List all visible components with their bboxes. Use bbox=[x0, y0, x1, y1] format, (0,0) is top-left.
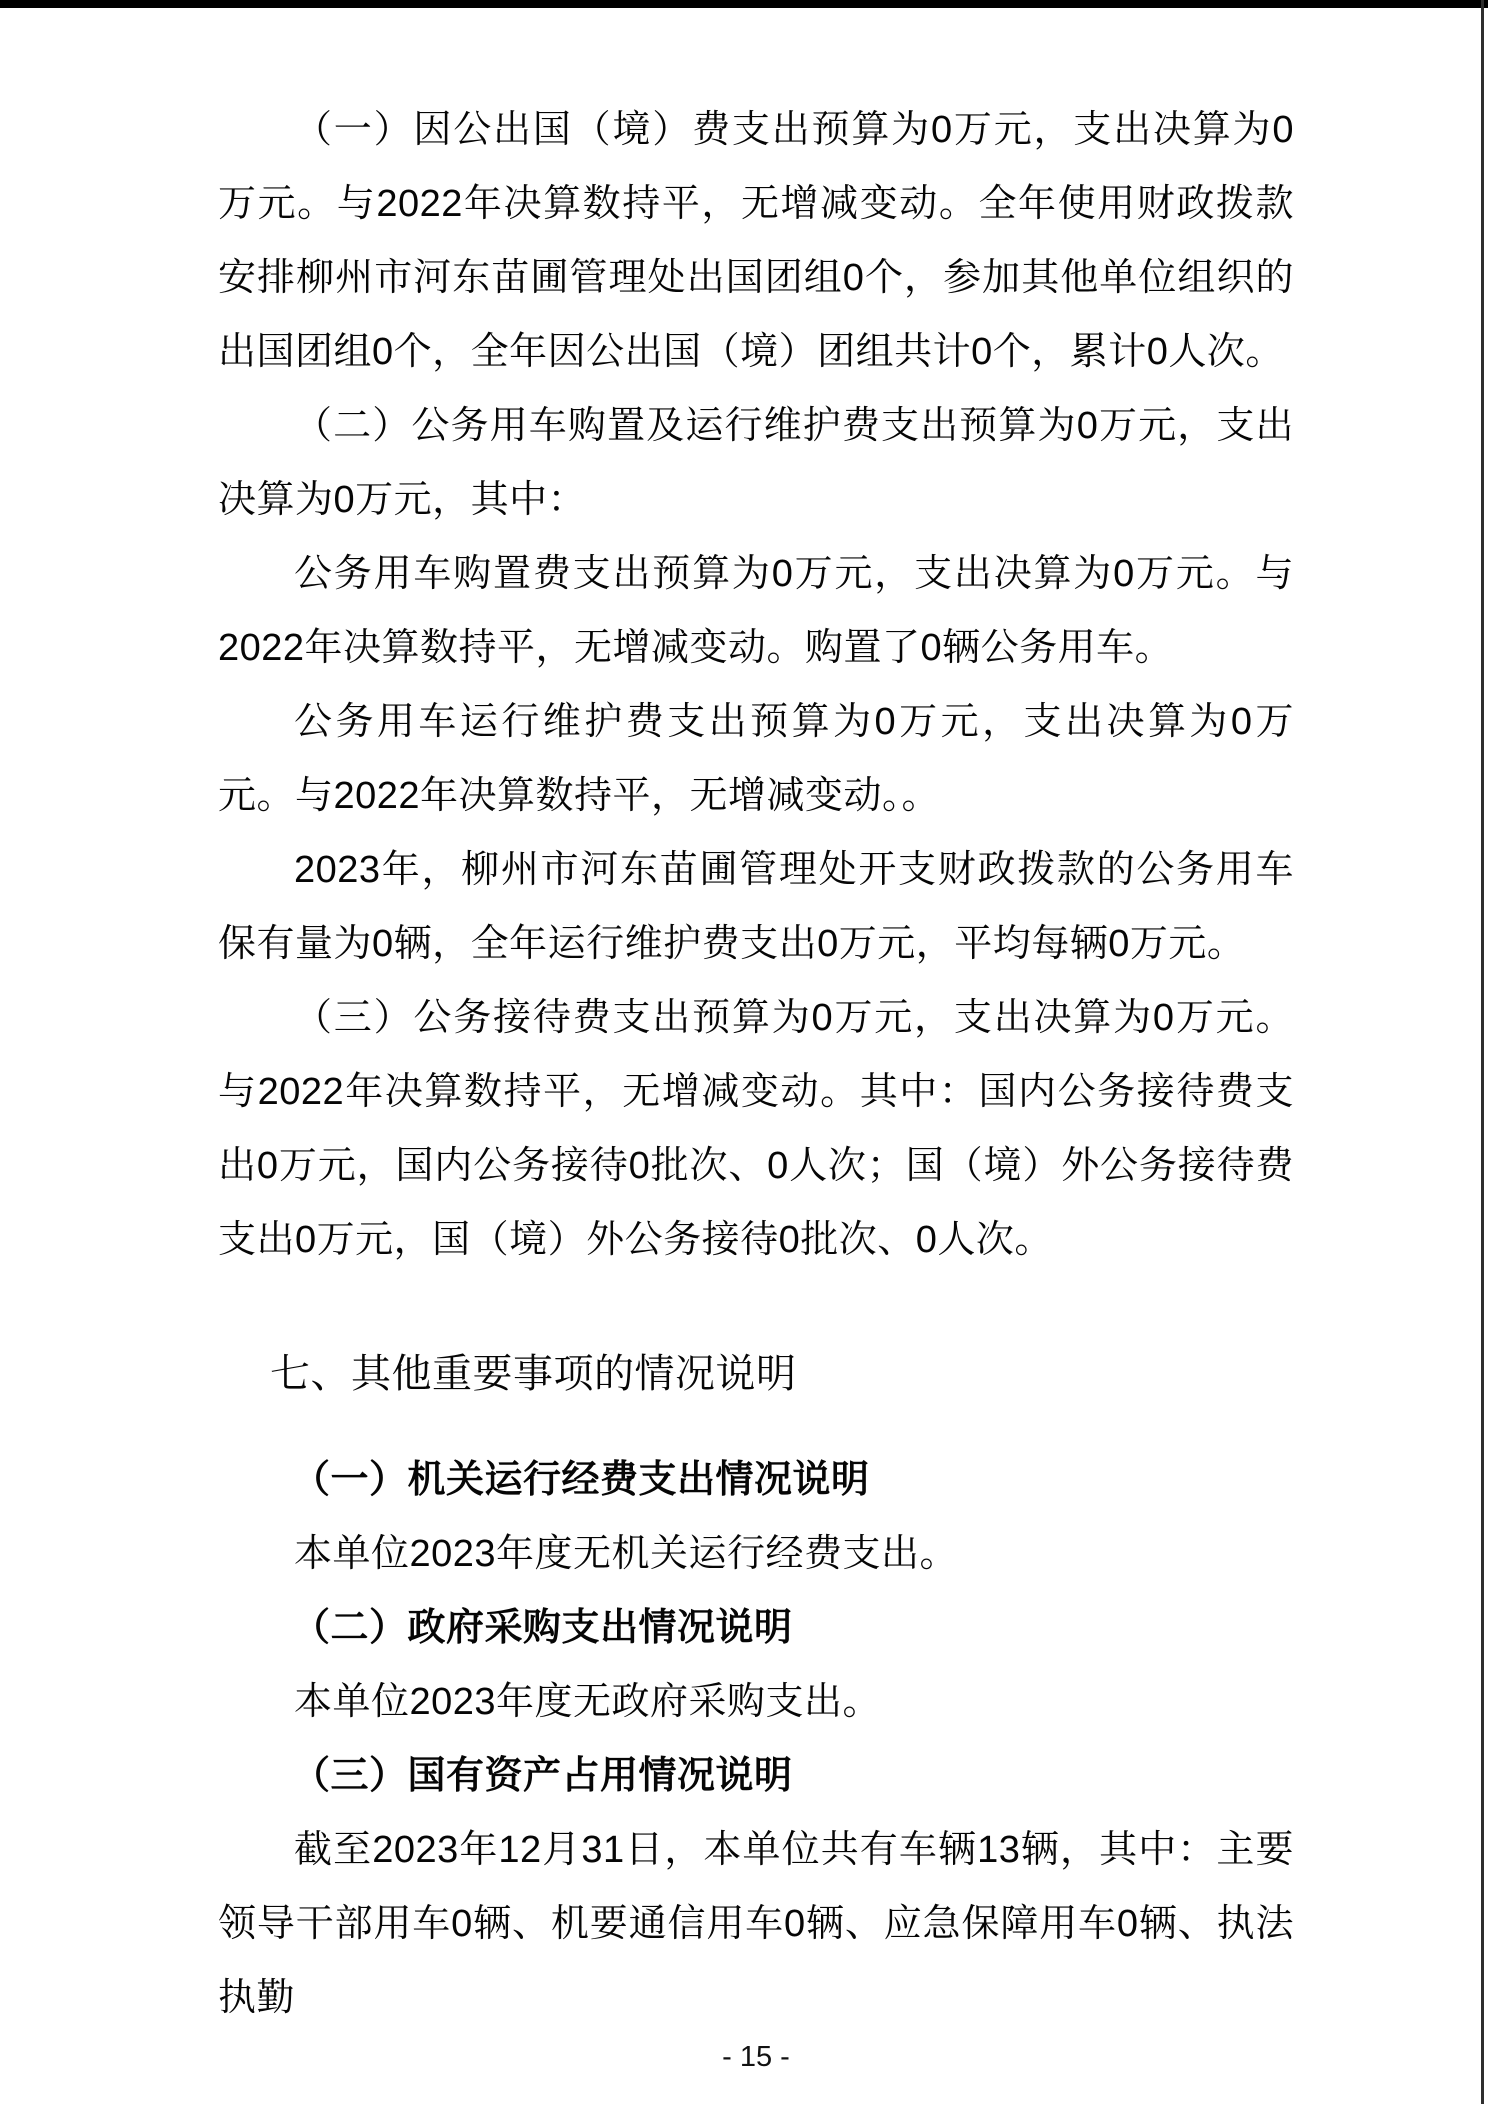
paragraph-vehicle-maintenance: 公务用车运行维护费支出预算为0万元，支出决算为0万元。与2022年决算数持平，无… bbox=[218, 685, 1294, 833]
paragraph-vehicle-total: （二）公务用车购置及运行维护费支出预算为0万元，支出决算为0万元，其中： bbox=[218, 389, 1294, 537]
paragraph-procurement: 本单位2023年度无政府采购支出。 bbox=[218, 1665, 1294, 1739]
document-body: （一）因公出国（境）费支出预算为0万元，支出决算为0万元。与2022年决算数持平… bbox=[218, 93, 1294, 2035]
subsection-heading-state-assets: （三）国有资产占用情况说明 bbox=[218, 1739, 1294, 1813]
paragraph-vehicle-purchase: 公务用车购置费支出预算为0万元，支出决算为0万元。与2022年决算数持平，无增减… bbox=[218, 537, 1294, 685]
scan-edge-right bbox=[1481, 0, 1484, 2104]
page-number: - 15 - bbox=[218, 2040, 1294, 2074]
paragraph-vehicle-holdings: 2023年，柳州市河东苗圃管理处开支财政拨款的公务用车保有量为0辆，全年运行维护… bbox=[218, 833, 1294, 981]
paragraph-official-reception: （三）公务接待费支出预算为0万元，支出决算为0万元。与2022年决算数持平，无增… bbox=[218, 981, 1294, 1277]
section-heading-other-matters: 七、其他重要事项的情况说明 bbox=[218, 1337, 1294, 1411]
paragraph-official-travel: （一）因公出国（境）费支出预算为0万元，支出决算为0万元。与2022年决算数持平… bbox=[218, 93, 1294, 389]
paragraph-operating-fee: 本单位2023年度无机关运行经费支出。 bbox=[218, 1517, 1294, 1591]
subsection-heading-procurement: （二）政府采购支出情况说明 bbox=[218, 1591, 1294, 1665]
scan-edge-top bbox=[0, 0, 1488, 8]
paragraph-state-assets: 截至2023年12月31日，本单位共有车辆13辆，其中：主要领导干部用车0辆、机… bbox=[218, 1813, 1294, 2035]
subsection-heading-operating-fee: （一）机关运行经费支出情况说明 bbox=[218, 1443, 1294, 1517]
document-page: （一）因公出国（境）费支出预算为0万元，支出决算为0万元。与2022年决算数持平… bbox=[0, 0, 1488, 2104]
